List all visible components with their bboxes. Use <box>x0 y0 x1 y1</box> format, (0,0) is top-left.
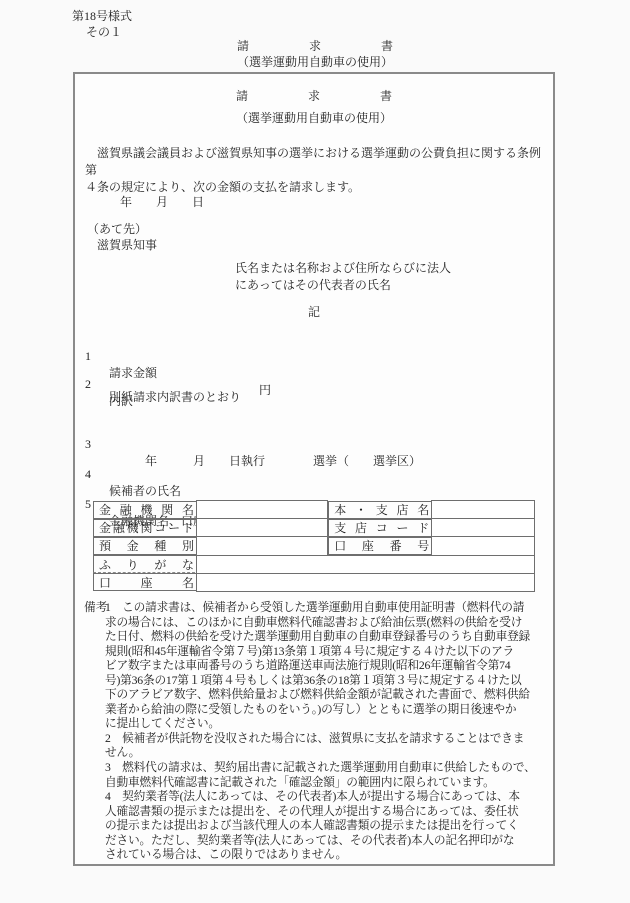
account-number-field <box>432 537 535 556</box>
branch-code-label: 支店コード <box>328 519 435 537</box>
page-title: 請 求 書 <box>0 38 630 55</box>
bank-code-field <box>197 519 328 537</box>
item-bank-info: 5 金融機関名、口座名および口座番号 <box>75 479 553 496</box>
remark-item-3: 3 燃料代の請求は、契約届出書に記載された選挙運動用自動車に供給したもので、 自… <box>105 761 557 790</box>
page-subtitle: （選挙運動用自動車の使用） <box>0 54 630 71</box>
table-row: 口座名 <box>93 573 535 591</box>
table-row: 預金種別 口座番号 <box>93 537 535 556</box>
date-line: 年 月 日 <box>120 194 204 211</box>
bank-name-field <box>197 501 328 519</box>
item-number: 5 <box>85 496 91 513</box>
remark-item-2: 2 候補者が供託物を没収された場合には、滋賀県に支払を請求することはできま せん… <box>105 732 557 761</box>
deposit-type-label: 預金種別 <box>93 537 200 555</box>
applicant-note: 氏名または名称および住所ならびに法人 にあってはその代表者の氏名 <box>235 260 451 294</box>
remarks-label: 備考 <box>84 601 110 616</box>
item-breakdown: 2 内訳 <box>75 359 553 376</box>
remarks-section: 備考 1 この請求書は、候補者から受領した選挙運動用自動車使用証明書（燃料代の請… <box>105 601 557 863</box>
item-number: 2 <box>85 376 91 393</box>
account-number-label: 口座番号 <box>328 537 435 555</box>
form-number: 第18号様式 <box>72 8 132 25</box>
form-subtitle: （選挙運動用自動車の使用） <box>75 110 553 127</box>
branch-code-field <box>432 519 535 537</box>
yen-unit: 円 <box>259 382 271 399</box>
item-claim-amount: 1 請求金額 円 <box>75 331 553 348</box>
bank-name-label: 金融機関名 <box>93 501 200 519</box>
breakdown-note: 別紙請求内訳書のとおり <box>109 389 241 406</box>
remark-item-4: 4 契約業者等(法人にあっては、その代表者)本人が提出する場合にあっては、本 人… <box>105 790 557 863</box>
deposit-type-field <box>197 537 328 556</box>
intro-paragraph: 滋賀県議会議員および滋賀県知事の選挙における選挙運動の公費負担に関する条例第 ４… <box>85 145 547 196</box>
table-row: 金融機関名 本・支店名 <box>93 501 535 519</box>
account-name-label: 口座名 <box>93 573 200 591</box>
item-candidate-name: 4 候補者の氏名 <box>75 449 553 466</box>
form-title: 請 求 書 <box>75 88 553 105</box>
addressee-label: （あて先） <box>87 221 147 238</box>
ki-mark: 記 <box>75 304 553 321</box>
item-election-date: 3 年 月 日執行 選挙（ 選挙区） <box>75 419 553 436</box>
form-box: 請 求 書 （選挙運動用自動車の使用） 滋賀県議会議員および滋賀県知事の選挙にお… <box>73 72 555 866</box>
remark-item-1: 1 この請求書は、候補者から受領した選挙運動用自動車使用証明書（燃料代の請 求の… <box>105 601 557 732</box>
furigana-field <box>197 555 535 573</box>
document-page: 第18号様式 その１ 請 求 書 （選挙運動用自動車の使用） 請 求 書 （選挙… <box>0 0 630 903</box>
table-row: 金融機関コード 支店コード <box>93 519 535 537</box>
branch-name-label: 本・支店名 <box>328 501 435 519</box>
account-name-field <box>197 573 535 591</box>
bank-account-table: 金融機関名 本・支店名 金融機関コード 支店コード 預金種別 口座番号 ふりがな <box>93 500 535 592</box>
branch-name-field <box>432 501 535 519</box>
addressee-name: 滋賀県知事 <box>97 237 157 254</box>
table-row: ふりがな <box>93 555 535 573</box>
bank-code-label: 金融機関コード <box>93 519 200 537</box>
furigana-label: ふりがな <box>93 555 200 573</box>
